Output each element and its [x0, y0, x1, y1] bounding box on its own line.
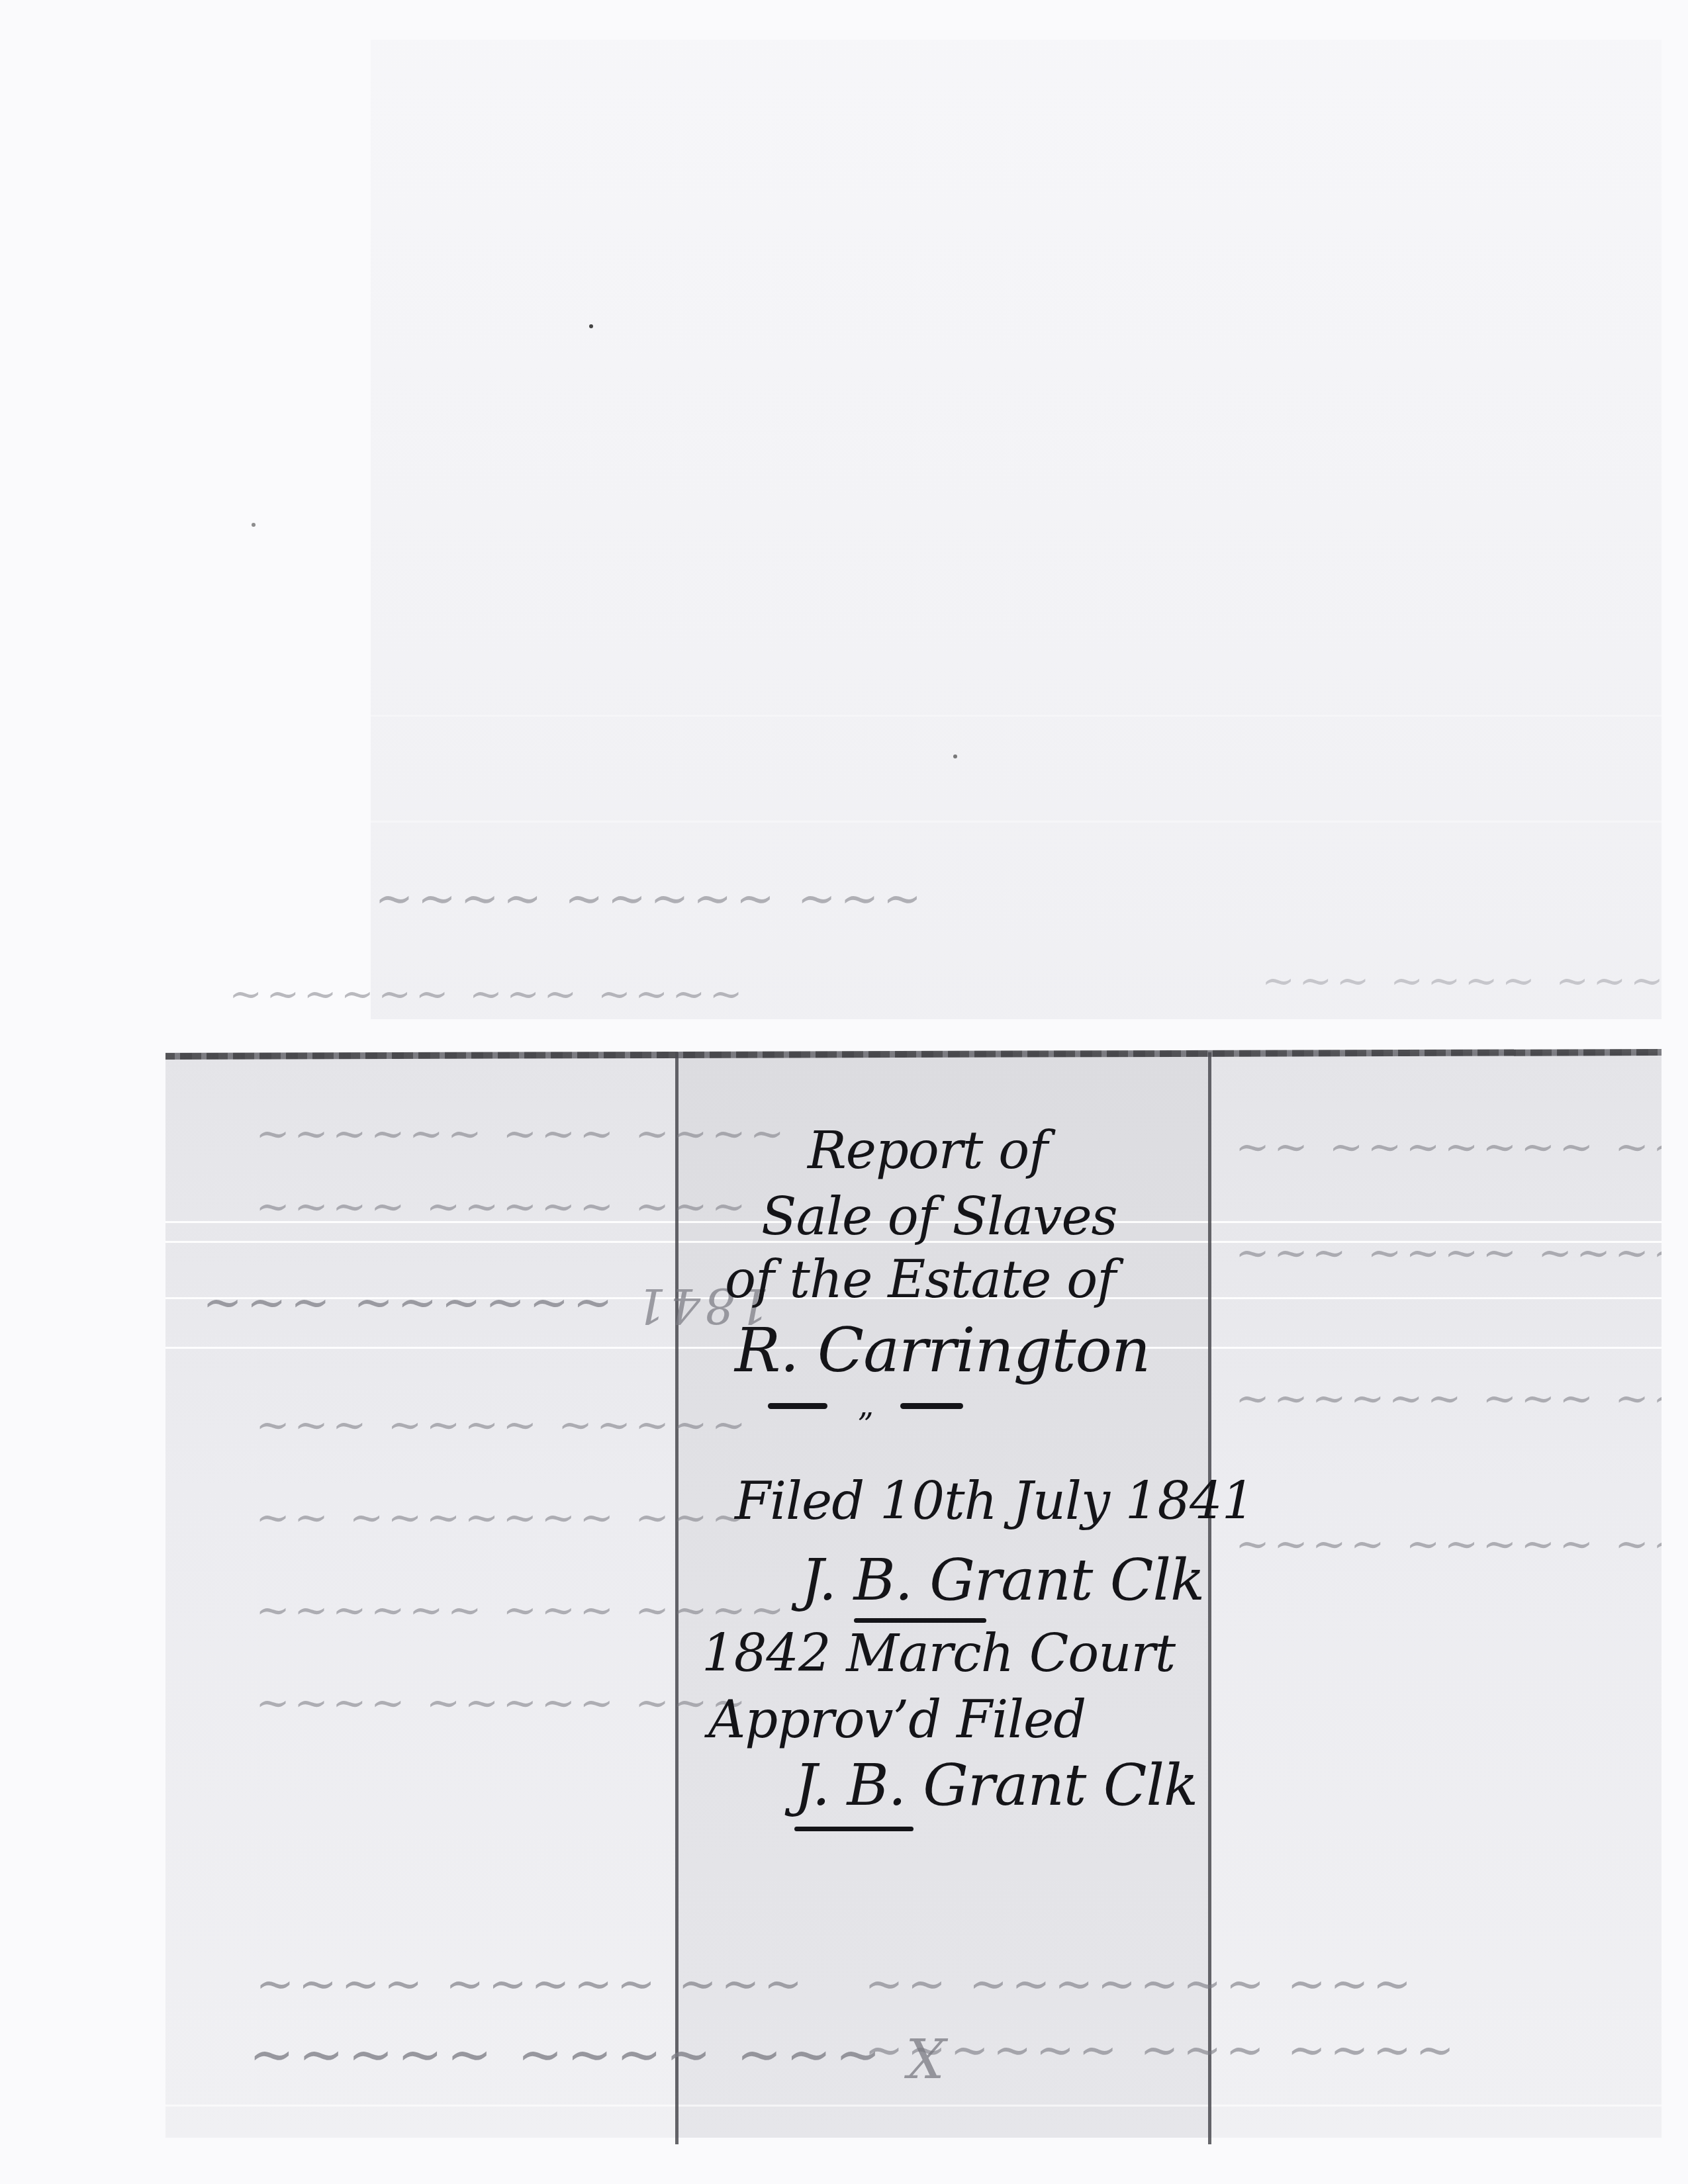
bleed-through-text: ~~~~~ ~~~~ ~~~ — [1231, 1231, 1688, 1279]
endorsement-title-line: of the Estate of — [725, 1254, 1115, 1306]
right-margin — [1662, 0, 1688, 2184]
bleed-through-text: ~~~~ ~~~ ~~~~~~ — [1231, 1377, 1688, 1425]
flourish-underline — [768, 1403, 827, 1409]
bleed-through-text: ~~~~ ~~~ ~~~~~~ — [225, 973, 743, 1019]
ruled-line — [371, 821, 1668, 823]
ruled-line — [165, 2105, 1662, 2107]
clerk-signature: J. B. Grant Clk — [794, 1757, 1197, 1814]
clerk-signature: J. B. Grant Clk — [801, 1552, 1204, 1609]
scanned-document-page: ~~~ ~~~~~ ~~~~ ~~~~ ~~~ ~~~~~~ ~~~~~ ~~~… — [0, 0, 1688, 2184]
bleed-through-text: ~~~~ ~~~ ~~~~~~ — [252, 1112, 784, 1160]
signature-underline — [794, 1827, 914, 1831]
speck — [252, 523, 256, 527]
endorsement-title-line: Sale of Slaves — [761, 1191, 1117, 1243]
approval-note: Approv’d Filed — [708, 1694, 1086, 1746]
bleed-through-text: X ~~~ ~~~~ ~~~~~ — [245, 2025, 945, 2088]
bleed-through-text: ~~~ ~~~~~~~ ~~ — [1231, 1125, 1688, 1173]
flourish-underline — [900, 1403, 963, 1409]
bleed-through-text: ~~~ ~~~~~ ~~~~ — [371, 874, 921, 928]
speck — [953, 754, 957, 758]
court-term: 1842 March Court — [702, 1628, 1175, 1680]
estate-name: R. Carrington — [735, 1320, 1150, 1381]
bleed-through-text: ~~~ ~~~~~ ~~~~ — [252, 1681, 746, 1729]
signature-underline — [854, 1618, 986, 1623]
bleed-through-text: ~~~~ ~~~ ~~~~~~ — [861, 2025, 1454, 2079]
bleed-through-text: ~~~ ~~~~~ ~~~~ — [1231, 1522, 1688, 1570]
bleed-through-text: 1841 ~~~~~~ ~~~ — [199, 1277, 769, 1333]
bleed-through-text: ~~~~~ ~~~~ ~~~ — [252, 1403, 746, 1451]
upper-blank-region — [371, 40, 1668, 1019]
bleed-through-text: ~~~ ~~~~~~~ ~~ — [861, 1959, 1411, 2013]
filed-date: Filed 10th July 1841 — [735, 1476, 1254, 1527]
bleed-through-text: ~~~ ~~~~~~~ ~~ — [252, 1496, 746, 1544]
speck — [589, 324, 593, 328]
ditto-mark: ” — [857, 1410, 873, 1441]
left-margin — [0, 0, 165, 2184]
endorsement-title-line: Report of — [808, 1125, 1047, 1177]
ruled-line — [371, 715, 1668, 717]
bleed-through-text: ~~~ ~~~~~ ~~~~ — [252, 1185, 746, 1233]
bleed-through-text: ~~~ ~~~~~ ~~~~ — [252, 1959, 802, 2013]
bleed-through-text: ~~~~~ ~~~~ ~~~ — [1258, 960, 1688, 1006]
